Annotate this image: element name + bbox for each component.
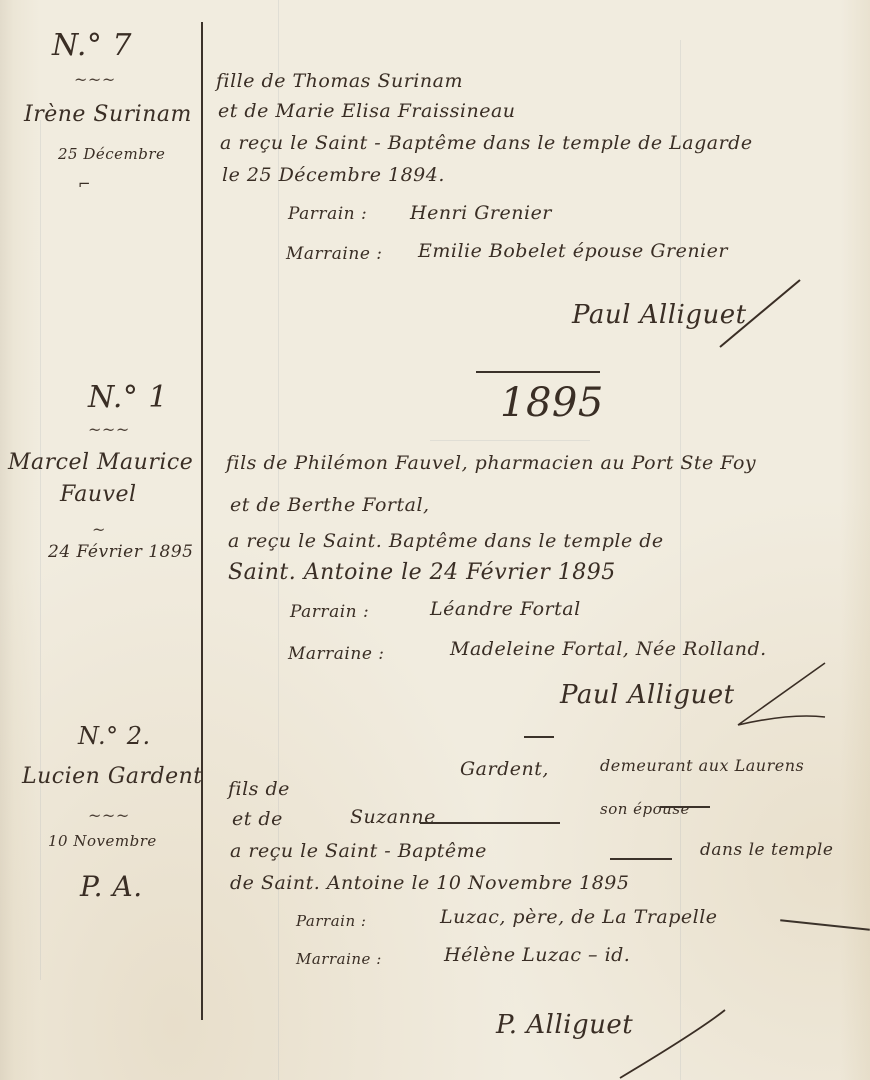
baptism-date: 24 Février 1895	[48, 542, 193, 562]
mother-prefix: et de	[232, 808, 283, 830]
column-divider	[201, 22, 203, 1020]
ruled-line	[40, 120, 41, 980]
pastor-signature: Paul Alliguet	[560, 680, 735, 710]
separator: ~~~	[88, 806, 130, 825]
godmother-label: Marraine :	[286, 244, 383, 264]
separator: ~	[92, 520, 106, 539]
signature-flourish-icon	[600, 1000, 740, 1080]
fill-rule	[780, 919, 870, 930]
separator: ~~~	[74, 70, 116, 89]
baptism-line: a reçu le Saint - Baptême dans le temple…	[220, 132, 753, 154]
child-surname: Fauvel	[60, 482, 137, 507]
ruled-line	[430, 440, 590, 441]
baptism-line: a reçu le Saint. Baptême dans le temple …	[228, 530, 664, 552]
godmother-label: Marraine :	[288, 644, 385, 664]
mother-name: Suzanne	[350, 806, 436, 828]
baptism-date: 10 Novembre	[48, 832, 157, 850]
date-line: Saint. Antoine le 24 Février 1895	[228, 560, 616, 585]
godfather-label: Parrain :	[288, 204, 367, 224]
godmother-name: Emilie Bobelet épouse Grenier	[418, 240, 728, 262]
godfather-label: Parrain :	[290, 602, 369, 622]
baptism-line: a reçu le Saint - Baptême	[230, 840, 487, 862]
godfather-label: Parrain :	[296, 912, 366, 930]
entry-number: N.° 1	[88, 380, 168, 415]
child-name: Lucien Gardent	[22, 764, 203, 789]
section-rule	[524, 736, 554, 738]
temple-text: dans le temple	[700, 840, 833, 860]
father-surname: Gardent,	[460, 758, 549, 780]
baptism-date: 25 Décembre	[58, 145, 165, 163]
godmother-label: Marraine :	[296, 950, 382, 968]
father-prefix: fils de	[228, 778, 290, 800]
parent-mother-line: et de Marie Elisa Fraissineau	[218, 100, 516, 122]
date-line: le 25 Décembre 1894.	[222, 164, 445, 186]
parent-father-line: fille de Thomas Surinam	[216, 70, 463, 92]
year-heading: 1895	[500, 380, 604, 426]
fill-rule	[420, 822, 560, 824]
mother-relation: son épouse	[600, 800, 690, 818]
parent-father-line: fils de Philémon Fauvel, pharmacien au P…	[226, 452, 756, 474]
date-line: de Saint. Antoine le 10 Novembre 1895	[230, 872, 629, 894]
godfather-name: Luzac, père, de La Trapelle	[440, 906, 718, 928]
fill-rule	[610, 858, 672, 860]
margin-mark: ⌐	[78, 175, 91, 193]
father-residence: demeurant aux Laurens	[600, 756, 804, 775]
fill-rule	[660, 806, 710, 808]
godfather-name: Léandre Fortal	[430, 598, 581, 620]
child-name: Marcel Maurice	[8, 450, 193, 475]
entry-number: N.° 2.	[78, 722, 151, 750]
godfather-name: Henri Grenier	[410, 202, 552, 224]
godmother-name: Hélène Luzac – id.	[444, 944, 630, 966]
signature-flourish-icon	[730, 655, 840, 735]
parent-mother-line: et de Berthe Fortal,	[230, 494, 430, 516]
year-rule	[476, 371, 600, 373]
signature-flourish-icon	[700, 275, 810, 355]
entry-number: N.° 7	[52, 28, 132, 63]
child-name: Irène Surinam	[24, 102, 192, 127]
separator: ~~~	[88, 420, 130, 439]
register-page: N.° 7 ~~~ Irène Surinam 25 Décembre ⌐ fi…	[0, 0, 870, 1080]
margin-initials: P. A.	[80, 870, 143, 903]
godmother-name: Madeleine Fortal, Née Rolland.	[450, 638, 767, 660]
